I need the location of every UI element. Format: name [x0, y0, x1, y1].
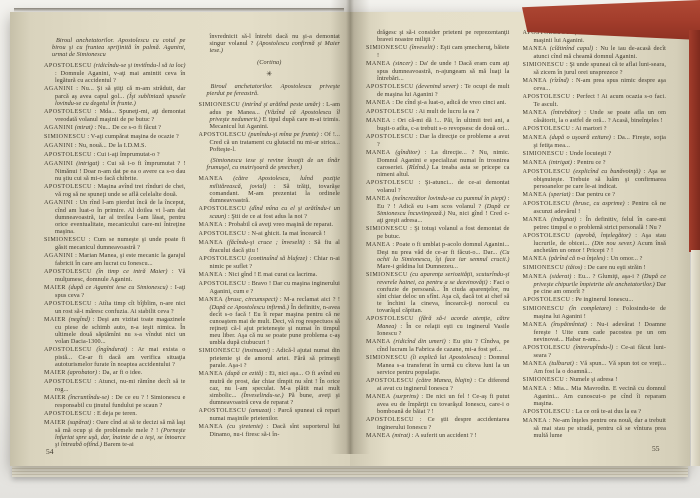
dialogue-line: MANEA (ridicînd din umeri) : Eu ştiu ? C…: [366, 338, 510, 353]
speaker-name: MANEA: [366, 100, 391, 106]
dialogue-line: SIMIONESCU (în completare) : Folosindu-t…: [523, 305, 667, 320]
speaker-name: APOSTOLESCU: [44, 269, 92, 275]
speaker-name: AGANINI: [44, 125, 73, 131]
speaker-name: MANEA: [199, 297, 224, 303]
speaker-name: AGANINI: [44, 86, 73, 92]
right-page-column-2: APOSTOLESCU (întinzînd palma) : Vreau ch…: [523, 29, 667, 463]
dialogue-line: MANEA : Ori că-mi dă !... Păi, în ultimi…: [366, 117, 510, 132]
speaker-name: MAIER: [44, 370, 66, 376]
speaker-name: APOSTOLESCU: [199, 206, 247, 212]
speaker-name: MANEA: [523, 361, 548, 367]
dialogue-line: MAIER (negînd) : Deşi am vizitat toate m…: [44, 316, 186, 345]
dialogue-line: APOSTOLESCU (devenind sever) : Te ocupi …: [366, 83, 510, 98]
dialogue-line: AGANINI : Un rînd l-am pierdut încă de l…: [44, 199, 186, 235]
speaker-name: SIMIONESCU: [366, 272, 408, 278]
speaker-name: MANEA: [366, 242, 391, 248]
speaker-name: MANEA: [523, 217, 548, 223]
dialogue-line: APOSTOLESCU (întrerupîndu-l) : Ce-ai făc…: [523, 344, 667, 359]
book-cover-red-spine-edge: [689, 30, 700, 252]
speaker-name: APOSTOLESCU: [523, 126, 571, 132]
speaker-name: APOSTOLESCU: [44, 152, 92, 158]
speaker-name: MANEA: [523, 322, 548, 328]
dialogue-line: APOSTOLESCU : Ai mult de lucru la ea ?: [366, 108, 510, 116]
speaker-name: APOSTOLESCU: [199, 256, 247, 262]
speaker-name: APOSTOLESCU: [366, 417, 414, 423]
speaker-name: APOSTOLESCU: [523, 345, 571, 351]
dialogue-line: SIMIONESCU : Cum se numeşte şi unde poat…: [44, 236, 186, 251]
dialogue-line: MANEA (siderat) : Eu... ? Glumiţi, aşa-i…: [523, 273, 667, 295]
speaker-name: MANEA: [199, 424, 224, 430]
stage-direction: (Simionescu iese şi revine însoţit de un…: [199, 157, 341, 171]
dialogue-line: SIMIONESCU (îi explică lui Apostolescu) …: [366, 354, 510, 376]
dialogue-line: MANEA : Ne-am înţeles pentru ora nouă, d…: [523, 417, 667, 439]
dialogue-line: APOSTOLESCU : N-ai ghicit. Ia mai încear…: [199, 230, 341, 238]
dialogue-line: MANEA (făcîndu-şi cruce ; înveselit) : S…: [199, 239, 341, 254]
dialogue-line: SIMIONESCU : Numele şi adresa !: [523, 376, 667, 384]
speaker-name: MANEA: [523, 192, 548, 198]
scene-break-ornament: ✳: [199, 71, 341, 78]
speaker-name: APOSTOLESCU: [44, 63, 92, 69]
speaker-name: APOSTOLESCU: [366, 109, 414, 115]
dialogue-line: MANEA (rîzînd) : N-am prea spus nimic de…: [523, 77, 667, 92]
dialogue-line: MANEA : Probabil că aveţi vreo maşină de…: [199, 221, 341, 229]
speaker-name: SIMIONESCU: [44, 237, 86, 243]
dialogue-line: APOSTOLESCU : Cui i-aţi împrumutat-o ?: [44, 151, 186, 159]
speaker-name: MANEA: [366, 118, 391, 124]
right-page: drăgesc şi să-i consider prieteni pe rep…: [350, 12, 690, 466]
dialogue-line: APOSTOLESCU (brusc, cu asprime) : Pentru…: [523, 200, 667, 215]
speaker-name: SIMIONESCU: [523, 151, 565, 157]
dialogue-line: MANEA (mirat) : A suferit un accident ? …: [366, 432, 510, 440]
dialogue-line: AGANINI (mirat) : Nu... De ce s-o fi făc…: [44, 124, 186, 132]
dialogue-line: SIMIONESCU : Şi totuşi volanul a fost de…: [366, 225, 510, 240]
speaker-name: APOSTOLESCU: [199, 132, 247, 138]
speaker-name: AGANINI: [44, 161, 73, 167]
dialogue-line: MANEA : Nici gînd ! E mai curat ca lacri…: [199, 271, 341, 279]
speaker-name: MANEA: [199, 222, 224, 228]
speaker-name: SIMIONESCU: [366, 355, 408, 361]
dialogue-line: MANEA : De cînd şi-a luat-o, adică de vr…: [366, 99, 510, 107]
dialogue-line: APOSTOLESCU : La ce oră te-ai dus la ea …: [523, 408, 667, 416]
speaker-name: APOSTOLESCU: [44, 411, 92, 417]
dialogue-line: APOSTOLESCU (aprobă, înţelegător) : Aşa …: [523, 232, 667, 254]
dialogue-line: APOSTOLESCU (fără să-i acorde atenţie, c…: [366, 315, 510, 337]
left-page-column-2: învrednicit să-l întrebi dacă nu şi-a de…: [199, 33, 341, 466]
stage-direction: Biroul anchetatorilor. Apostolescu cu co…: [44, 37, 186, 58]
dialogue-line: MANEA (înspăimîntat) : Nu-i adevărat ! D…: [523, 321, 667, 343]
speaker-name: SIMIONESCU: [199, 348, 241, 354]
page-block-bottom-edge: [12, 466, 688, 477]
curtain-note: (Cortina): [199, 59, 341, 66]
dialogue-line: MANEA (gînditor) : La direcţie... ? Nu, …: [366, 149, 510, 178]
dialogue-line: APOSTOLESCU : Ce ştii despre accidentare…: [366, 416, 510, 431]
dialogue-line: APOSTOLESCU : Maşina avînd trei rînduri …: [44, 183, 186, 198]
dialogue-line: APOSTOLESCU : Atunci, nu-mi rămîne decît…: [44, 378, 186, 393]
speaker-name: MAIER: [44, 285, 66, 291]
dialogue-line: AGANINI : Marian Manea, şi este mecanic …: [44, 252, 186, 267]
speaker-name: APOSTOLESCU: [44, 184, 92, 190]
speaker-name: MANEA: [523, 418, 548, 424]
speaker-name: MANEA: [366, 196, 391, 202]
speaker-name: APOSTOLESCU: [366, 84, 414, 90]
dialogue-line: MANEA (după ce ezită) : Ei, nici aşa... …: [199, 370, 341, 406]
dialogue-line: MANEA (speriat) : Dar pentru ce ?: [523, 191, 667, 199]
dialogue-line: APOSTOLESCU (dînd mîna cu el şi arătîndu…: [199, 205, 341, 220]
speaker-name: SIMIONESCU: [523, 62, 565, 68]
speaker-name: MANEA: [523, 46, 548, 52]
dialogue-line: APOSTOLESCU : Mda... Spuneţi-mi, aţi dem…: [44, 108, 186, 123]
dialogue-line: MANEA (sincer) : Da' de unde ! Dacă eram…: [366, 60, 510, 82]
stage-direction: Biroul anchetatorilor. Apostolescu prive…: [199, 83, 341, 97]
dialogue-line: APOSTOLESCU : Ai martori ?: [523, 125, 667, 133]
dialogue-line: APOSTOLESCU : Atîta timp cît bîjbîim, n-…: [44, 300, 186, 315]
speaker-name: MAIER: [44, 420, 66, 426]
dialogue-line: MANEA (neîncrezător lovindu-se cu pumnul…: [366, 195, 510, 224]
speaker-name: APOSTOLESCU: [44, 347, 92, 353]
left-page-column-1: Biroul anchetatorilor. Apostolescu cu co…: [44, 33, 186, 466]
dialogue-line: MANEA (tulburat) : Vă spun... Vă spun to…: [523, 360, 667, 375]
speaker-name: APOSTOLESCU: [366, 180, 414, 186]
speaker-name: MANEA: [523, 78, 548, 84]
speaker-name: SIMIONESCU: [366, 226, 408, 232]
dialogue-line: MAIER (supărat) : Oare cînd ai să te dec…: [44, 419, 186, 448]
dialogue-line: MANEA (intrigat) : Pentru ce ?: [523, 159, 667, 167]
speaker-name: MANEA: [199, 240, 224, 246]
page-number-left: 54: [46, 447, 54, 456]
dialogue-line: MANEA : Mia... Mia Mavrodin. E vecină cu…: [523, 385, 667, 407]
speaker-name: APOSTOLESCU: [199, 281, 247, 287]
speaker-name: APOSTOLESCU: [44, 301, 92, 307]
dialogue-line: AGANINI : Nu... Şi să ştiţi că m-am stră…: [44, 85, 186, 107]
dialogue-line: MAIER (încruntîndu-se) : De ce eu ? ! Si…: [44, 394, 186, 409]
speaker-name: MANEA: [366, 339, 391, 345]
speaker-name: MANEA: [199, 272, 224, 278]
speaker-name: SIMIONESCU: [523, 306, 565, 312]
speaker-name: APOSTOLESCU: [366, 378, 414, 384]
speaker-name: AGANINI: [44, 143, 73, 149]
dialogue-line: APOSTOLESCU (ridicîndu-se şi invitîndu-l…: [44, 62, 186, 84]
dialogue-line: APOSTOLESCU (îngîndurat) : Ar mai exista…: [44, 346, 186, 368]
speaker-name: MANEA: [366, 61, 391, 67]
speaker-name: MANEA: [366, 394, 391, 400]
dialogue-line: SIMIONESCU : Unde locuieşti ?: [523, 150, 667, 158]
dialogue-line: MAIER (aprobator) : Da, ar fi o idee.: [44, 369, 186, 377]
speaker-name: APOSTOLESCU: [523, 233, 571, 239]
dialogue-line: MANEA : Poate o fi umblat p-acolo domnul…: [366, 241, 510, 270]
dialogue-line: AGANINI : Nu, nouă... De la I.D.M.S.: [44, 142, 186, 150]
speaker-name: MANEA: [199, 176, 224, 182]
speaker-name: MANEA: [523, 135, 548, 141]
left-page: Biroul anchetatorilor. Apostolescu cu co…: [10, 12, 350, 466]
dialogue-line: APOSTOLESCU : E deja pe teren.: [44, 410, 186, 418]
speaker-name: AGANINI: [44, 200, 73, 206]
dialogue-line: MANEA (indignat) : În definitiv, felul î…: [523, 216, 667, 231]
dialogue-line: APOSTOLESCU : Bravo ! Dar cu maşina ingi…: [199, 280, 341, 295]
speaker-name: APOSTOLESCU: [523, 409, 571, 415]
speaker-name: MANEA: [523, 386, 548, 392]
speaker-name: MANEA: [366, 433, 391, 439]
speaker-name: SIMIONESCU: [366, 45, 408, 51]
speaker-name: APOSTOLESCU: [523, 201, 571, 207]
dialogue-line: APOSTOLESCU : Şi-atunci... de ce-ai demo…: [366, 179, 510, 194]
dialogue-line: AGANINI (intrigat) : Cui să i-o fi împru…: [44, 160, 186, 182]
dialogue-line: MANEA (întrebător) : Unde se poate afla …: [523, 109, 667, 124]
dialogue-line: APOSTOLESCU (amuzat) : Parcă spuneai că …: [199, 407, 341, 422]
speaker-name: MANEA: [523, 160, 548, 166]
dialogue-line: SIMIONESCU (insinuant) : Adică-l ajutai …: [199, 347, 341, 369]
speaker-name: MAIER: [44, 395, 66, 401]
page-block-right-edge: [691, 250, 700, 466]
speaker-name: SIMIONESCU: [523, 377, 565, 383]
dialogue-line: MANEA (după o uşoară ezitare) : Da... Fi…: [523, 134, 667, 149]
speaker-name: APOSTOLESCU: [44, 379, 92, 385]
dialogue-line: APOSTOLESCU : Perfect ! Ai acum ocazia s…: [523, 93, 667, 108]
speaker-name: APOSTOLESCU: [366, 316, 414, 322]
dialogue-line: SIMIONESCU (înveselit) : Eşti cam şmeche…: [366, 44, 510, 59]
dialogue-line: APOSTOLESCU : Dar la direcţie ce problem…: [366, 133, 510, 148]
speaker-name: MANEA: [523, 256, 548, 262]
dialogue-line: MANEA (către Apostolescu, luînd poziţie …: [199, 175, 341, 204]
speaker-name: APOSTOLESCU: [366, 134, 414, 140]
dialogue-line: APOSTOLESCU (punîndu-şi mîna pe frunte) …: [199, 131, 341, 153]
speaker-name: APOSTOLESCU: [199, 231, 247, 237]
speaker-name: APOSTOLESCU: [523, 297, 571, 303]
dialogue-line: APOSTOLESCU (în timp ce intră Maier) : V…: [44, 268, 186, 283]
dialogue-line: APOSTOLESCU (continuînd să blufeze) : Ch…: [199, 255, 341, 270]
dialogue-line: MANEA (cu şiretenie) : Dacă sînt suporte…: [199, 423, 341, 438]
speaker-name: MAIER: [44, 317, 66, 323]
dialogue-line: MANEA (clătinînd capul) : Nu le iau de-a…: [523, 45, 667, 60]
dialogue-line: SIMIONESCU : Şi unde spuneai că te aflai…: [523, 61, 667, 76]
speaker-name: APOSTOLESCU: [523, 94, 571, 100]
dialogue-line: APOSTOLESCU (explicînd cu bunăvoinţă) : …: [523, 168, 667, 190]
continuation-line: învrednicit să-l întrebi dacă nu şi-a de…: [199, 33, 341, 54]
dialogue-line: SIMIONESCU (cu aparenţa seriozităţii, sc…: [366, 271, 510, 314]
speaker-name: AGANINI: [44, 253, 73, 259]
continuation-line: drăgesc şi să-i consider prieteni pe rep…: [366, 29, 510, 43]
dialogue-line: MAIER (după ce Aganini iese cu Simionesc…: [44, 284, 186, 299]
dialogue-line: APOSTOLESCU : Pe inginerul Ionescu...: [523, 296, 667, 304]
speaker-name: SIMIONESCU: [199, 102, 241, 108]
book-board-shadow: [14, 8, 344, 12]
dialogue-line: MANEA (brusc, circumspect) : M-a reclama…: [199, 296, 341, 346]
speaker-name: MANEA: [523, 110, 548, 116]
page-number-right: 55: [652, 444, 660, 453]
dialogue-line: SIMIONESCU (tăios) : De care nu eşti str…: [523, 264, 667, 272]
speaker-name: MANEA: [523, 274, 548, 280]
open-book: Biroul anchetatorilor. Apostolescu cu co…: [10, 12, 690, 466]
dialogue-line: SIMIONESCU : V-aţi cumpărat maşina de oc…: [44, 133, 186, 141]
speaker-name: SIMIONESCU: [523, 265, 565, 271]
right-page-column-1: drăgesc şi să-i consider prieteni pe rep…: [366, 29, 510, 463]
dialogue-line: APOSTOLESCU (către Manea, blajin) : Ce d…: [366, 377, 510, 392]
speaker-name: MANEA: [366, 150, 391, 156]
dialogue-line: SIMIONESCU (intrînd şi arătînd peste umă…: [199, 101, 341, 130]
dialogue-line: MANEA (surprins) : De nici un fel ! Ce-a…: [366, 393, 510, 415]
dialogue-line: MANEA (părînd că n-a înţeles) : Un omor.…: [523, 255, 667, 263]
speaker-name: APOSTOLESCU: [199, 408, 247, 414]
speaker-name: MANEA: [199, 371, 224, 377]
speaker-name: APOSTOLESCU: [523, 169, 571, 175]
speaker-name: SIMIONESCU: [44, 134, 86, 140]
speaker-name: APOSTOLESCU: [44, 109, 92, 115]
